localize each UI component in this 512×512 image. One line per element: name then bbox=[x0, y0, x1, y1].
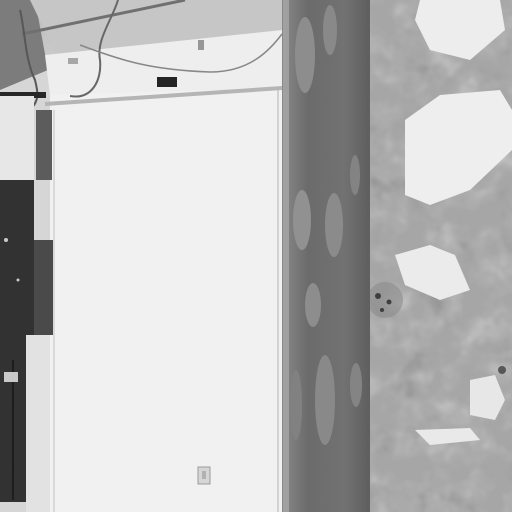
grain-overlay bbox=[0, 0, 512, 512]
scene-drawing bbox=[0, 0, 512, 512]
photo-scene bbox=[0, 0, 512, 512]
